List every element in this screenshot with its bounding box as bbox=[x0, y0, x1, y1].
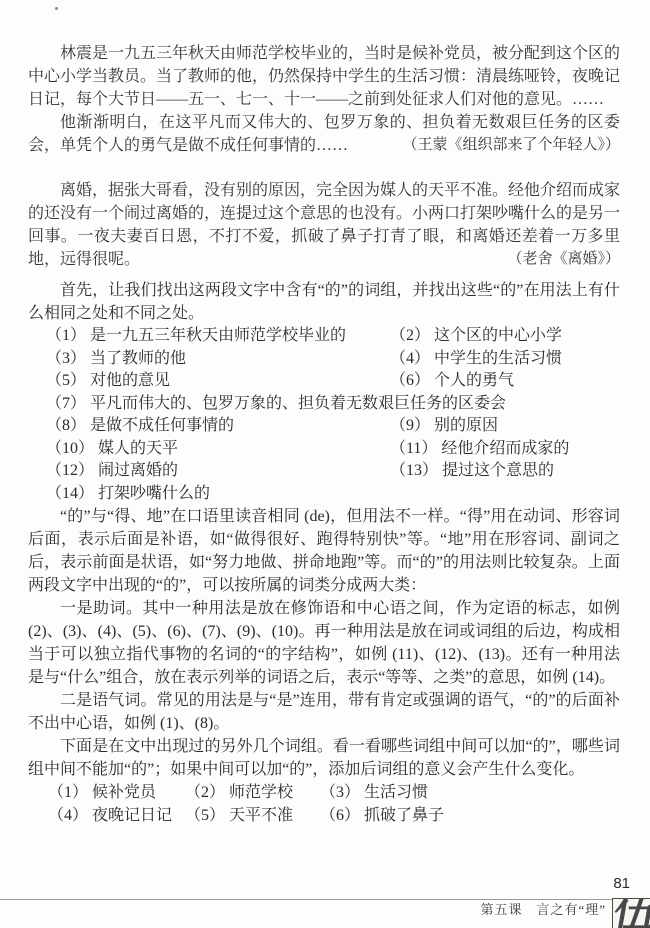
phrase-item: （1） 是一九五三年秋天由师范学校毕业的 bbox=[46, 325, 390, 348]
phrase-item: （5） 天平不准 bbox=[185, 804, 320, 827]
quote1-paragraph-1: 林震是一九五三年秋天由师范学校毕业的，当时是候补党员，被分配到这个区的中心小学当… bbox=[28, 42, 620, 111]
phrase-row: （7） 平凡而伟大的、包罗万象的、担负着无数艰巨任务的区委会 bbox=[46, 393, 620, 416]
textbook-page: 林震是一九五三年秋天由师范学校毕业的，当时是候补党员，被分配到这个区的中心小学当… bbox=[0, 0, 650, 928]
phrase-item: （12） 闹过离婚的 bbox=[46, 460, 390, 483]
quote-passage-2: 离婚，据张大哥看，没有别的原因，完全因为媒人的天平不准。经他介绍而成家的还没有一… bbox=[28, 179, 620, 271]
phrase-item: （10） 媒人的天平 bbox=[46, 438, 390, 461]
scan-speck bbox=[55, 7, 58, 10]
phrase-item: （6） 抓破了鼻子 bbox=[320, 804, 620, 827]
page-number: 81 bbox=[613, 872, 630, 895]
phrase-list-1: （1） 是一九五三年秋天由师范学校毕业的 （2） 这个区的中心小学 （3） 当了… bbox=[28, 325, 620, 505]
phrase-item: （2） 这个区的中心小学 bbox=[390, 325, 620, 348]
phrase-item: （2） 师范学校 bbox=[185, 781, 320, 804]
quote-passage-1: 林震是一九五三年秋天由师范学校毕业的，当时是候补党员，被分配到这个区的中心小学当… bbox=[28, 42, 620, 157]
phrase-item: （3） 当了教师的他 bbox=[46, 348, 390, 371]
phrase-row: （3） 当了教师的他 （4） 中学生的生活习惯 bbox=[46, 348, 620, 371]
lesson-tab: 伍 bbox=[612, 898, 650, 928]
phrase-item: （3） 生活习惯 bbox=[320, 781, 620, 804]
phrase-item: （14） 打架吵嘴什么的 bbox=[46, 483, 620, 506]
page-footer: 81 第五课 言之有“理” 伍 bbox=[0, 868, 650, 928]
phrase-item: （4） 中学生的生活习惯 bbox=[390, 348, 620, 371]
phrase-item: （5） 对他的意见 bbox=[46, 370, 390, 393]
lesson-label: 第五课 言之有“理” bbox=[480, 898, 606, 921]
explanation-de-de-di: “的”与“得、地”在口语里读音相同 (de)，但用法不一样。“得”用在动词、形容… bbox=[28, 505, 620, 597]
phrase-row: （1） 候补党员 （2） 师范学校 （3） 生活习惯 bbox=[48, 781, 620, 804]
phrase-item: （1） 候补党员 bbox=[48, 781, 185, 804]
phrase-row: （1） 是一九五三年秋天由师范学校毕业的 （2） 这个区的中心小学 bbox=[46, 325, 620, 348]
phrase-item: （13） 提过这个意思的 bbox=[390, 460, 620, 483]
explanation-yuqici: 二是语气词。常见的用法是与“是”连用，带有肯定或强调的语气，“的”的后面补不出中… bbox=[28, 689, 620, 735]
phrase-item: （11） 经他介绍而成家的 bbox=[390, 438, 620, 461]
phrase-item: （9） 别的原因 bbox=[390, 415, 620, 438]
phrase-row: （5） 对他的意见 （6） 个人的勇气 bbox=[46, 370, 620, 393]
explanation-zhuci: 一是助词。其中一种用法是放在修饰语和中心语之间，作为定语的标志，如例 (2)、(… bbox=[28, 597, 620, 689]
phrase-row: （8） 是做不成任何事情的 （9） 别的原因 bbox=[46, 415, 620, 438]
lesson-tab-character: 伍 bbox=[612, 898, 650, 928]
phrase-row: （4） 夜晚记日记 （5） 天平不准 （6） 抓破了鼻子 bbox=[48, 804, 620, 827]
phrase-item: （4） 夜晚记日记 bbox=[48, 804, 185, 827]
phrase-item: （8） 是做不成任何事情的 bbox=[46, 415, 390, 438]
phrase-item: （7） 平凡而伟大的、包罗万象的、担负着无数艰巨任务的区委会 bbox=[46, 393, 620, 416]
intro-paragraph: 首先，让我们找出这两段文字中含有“的”的词组，并找出这些“的”在用法上有什么相同… bbox=[28, 279, 620, 325]
phrase-item: （6） 个人的勇气 bbox=[390, 370, 620, 393]
phrase-row: （10） 媒人的天平 （11） 经他介绍而成家的 bbox=[46, 438, 620, 461]
phrase-row: （14） 打架吵嘴什么的 bbox=[46, 483, 620, 506]
phrase-list-2: （1） 候补党员 （2） 师范学校 （3） 生活习惯 （4） 夜晚记日记 （5）… bbox=[28, 781, 620, 827]
phrase-row: （12） 闹过离婚的 （13） 提过这个意思的 bbox=[46, 460, 620, 483]
instruction-paragraph: 下面是在文中出现过的另外几个词组。看一看哪些词组中间可以加“的”，哪些词组中间不… bbox=[28, 735, 620, 781]
